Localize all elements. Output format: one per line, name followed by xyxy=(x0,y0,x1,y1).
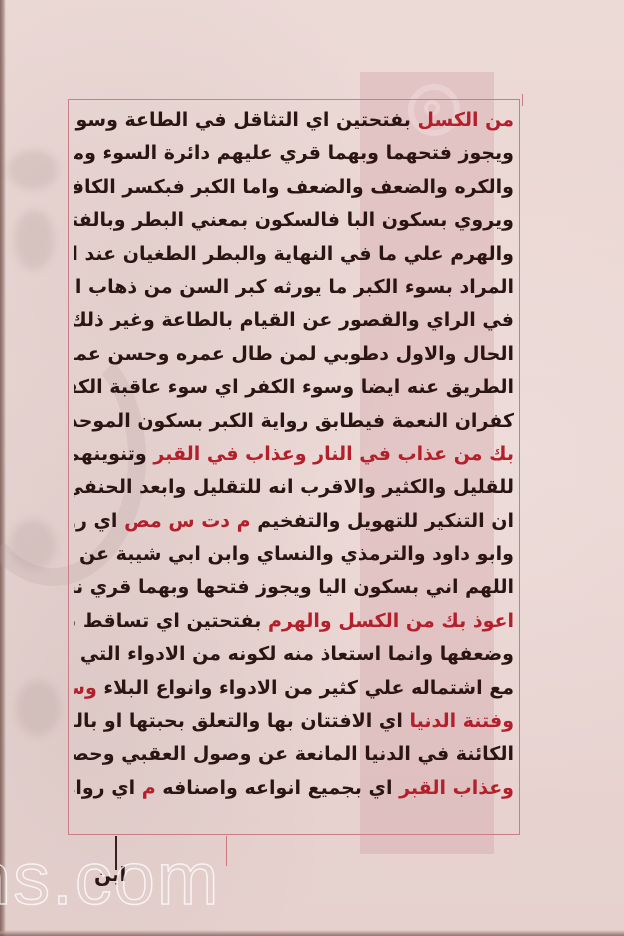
manuscript-line: اعوذ بك من الكسل والهرم بفتحتين اي تساقط… xyxy=(74,605,514,638)
body-text: الكائنة في الدنيا المانعة عن وصول العقبي… xyxy=(74,743,514,765)
rubricated-text: وسوء الكبر xyxy=(74,677,97,699)
manuscript-line: ويجوز فتحهما وبهما قري عليهم دائرة السوء… xyxy=(74,137,514,170)
manuscript-line: في الراي والقصور عن القيام بالطاعة وغير … xyxy=(74,304,514,337)
body-text: كفران النعمة فيطابق رواية الكبر بسكون ال… xyxy=(74,410,514,432)
manuscript-line: كفران النعمة فيطابق رواية الكبر بسكون ال… xyxy=(74,405,514,438)
page-bottom-edge xyxy=(0,930,624,936)
body-text: ويروي بسكون البا فالسكون بمعني البطر وبا… xyxy=(74,209,514,231)
body-text: وابو داود والترمذي والنساي وابن ابي شيبة… xyxy=(74,543,514,565)
body-text: اي رواه مسلم عن xyxy=(74,777,142,799)
body-text: المراد بسوء الكبر ما يورثه كبر السن من ذ… xyxy=(74,276,514,298)
manuscript-line: الحال والاول دطوبي لمن طال عمره وحسن عمل… xyxy=(74,338,514,371)
body-text: مع اشتماله علي كثير من الادواء وانواع ال… xyxy=(97,677,514,699)
rubricated-text: بك من عذاب في النار وعذاب في القبر xyxy=(153,443,514,465)
manuscript-text-block: من الكسل بفتحتين اي التثاقل في الطاعة وس… xyxy=(74,104,514,805)
paper-stain xyxy=(8,150,58,190)
rubricated-text: م دت س مص xyxy=(124,510,251,532)
manuscript-line: مع اشتماله علي كثير من الادواء وانواع ال… xyxy=(74,672,514,705)
manuscript-line: الكائنة في الدنيا المانعة عن وصول العقبي… xyxy=(74,738,514,771)
rubricated-text: من الكسل xyxy=(418,109,514,131)
body-text: اي الافتتان بها والتعلق بحبتها او بالفتن… xyxy=(74,710,409,732)
body-text: والهرم علي ما في النهاية والبطر الطغيان … xyxy=(74,243,514,265)
manuscript-line: المراد بسوء الكبر ما يورثه كبر السن من ذ… xyxy=(74,271,514,304)
body-text: اي بجميع انواعه واصنافه xyxy=(156,777,399,799)
manuscript-line: وضعفها وانما استعاذ منه لكونه من الادواء… xyxy=(74,638,514,671)
body-text: في الراي والقصور عن القيام بالطاعة وغير … xyxy=(74,309,514,331)
manuscript-line: للقليل والكثير والاقرب انه للتقليل وابعد… xyxy=(74,471,514,504)
rubricated-text: م xyxy=(142,777,156,799)
rubricated-text: وعذاب القبر xyxy=(399,777,514,799)
manuscript-line: ان التنكير للتهويل والتفخيم م دت س مص اي… xyxy=(74,505,514,538)
rubricated-text: وفتنة الدنيا xyxy=(409,710,514,732)
body-text: ويجوز فتحهما وبهما قري عليهم دائرة السوء… xyxy=(74,142,514,164)
body-text: للقليل والكثير والاقرب انه للتقليل وابعد… xyxy=(74,476,514,498)
body-text: بفتحتين اي التثاقل في الطاعة وسوء الكبر … xyxy=(74,109,418,131)
manuscript-line: من الكسل بفتحتين اي التثاقل في الطاعة وس… xyxy=(74,104,514,137)
manuscript-line: وابو داود والترمذي والنساي وابن ابي شيبة… xyxy=(74,538,514,571)
manuscript-line: والهرم علي ما في النهاية والبطر الطغيان … xyxy=(74,238,514,271)
body-text: وضعفها وانما استعاذ منه لكونه من الادواء… xyxy=(74,643,514,665)
body-text: اللهم اني بسكون اليا ويجوز فتحها وبهما ق… xyxy=(74,576,514,598)
body-text: والكره والضعف والضعف واما الكبر فبكسر ال… xyxy=(74,176,514,198)
manuscript-line: ويروي بسكون البا فالسكون بمعني البطر وبا… xyxy=(74,204,514,237)
site-watermark: ns.com xyxy=(0,842,221,916)
manuscript-line: بك من عذاب في النار وعذاب في القبر وتنوي… xyxy=(74,438,514,471)
manuscript-line: اللهم اني بسكون اليا ويجوز فتحها وبهما ق… xyxy=(74,571,514,604)
body-text: الحال والاول دطوبي لمن طال عمره وحسن عمل… xyxy=(74,343,514,365)
body-text: ان التنكير للتهويل والتفخيم xyxy=(251,510,514,532)
body-text: وتنوينهما للتنكير الشامل xyxy=(74,443,153,465)
rubricated-text: اعوذ بك من الكسل والهرم xyxy=(268,610,514,632)
manuscript-page: من الكسل بفتحتين اي التثاقل في الطاعة وس… xyxy=(0,0,624,936)
manuscript-line: الطريق عنه ايضا وسوء الكفر اي سوء عاقبة … xyxy=(74,371,514,404)
paper-stain xyxy=(16,680,60,736)
manuscript-line: والكره والضعف والضعف واما الكبر فبكسر ال… xyxy=(74,171,514,204)
body-text: اي رواه مسلم xyxy=(74,510,124,532)
body-text: بفتحتين اي تساقط بعض القوي xyxy=(74,610,268,632)
manuscript-line: وعذاب القبر اي بجميع انواعه واصنافه م اي… xyxy=(74,772,514,805)
red-margin-tick xyxy=(226,836,227,866)
body-text: الطريق عنه ايضا وسوء الكفر اي سوء عاقبة … xyxy=(74,376,514,398)
paper-stain xyxy=(14,210,54,270)
manuscript-line: وفتنة الدنيا اي الافتتان بها والتعلق بحب… xyxy=(74,705,514,738)
